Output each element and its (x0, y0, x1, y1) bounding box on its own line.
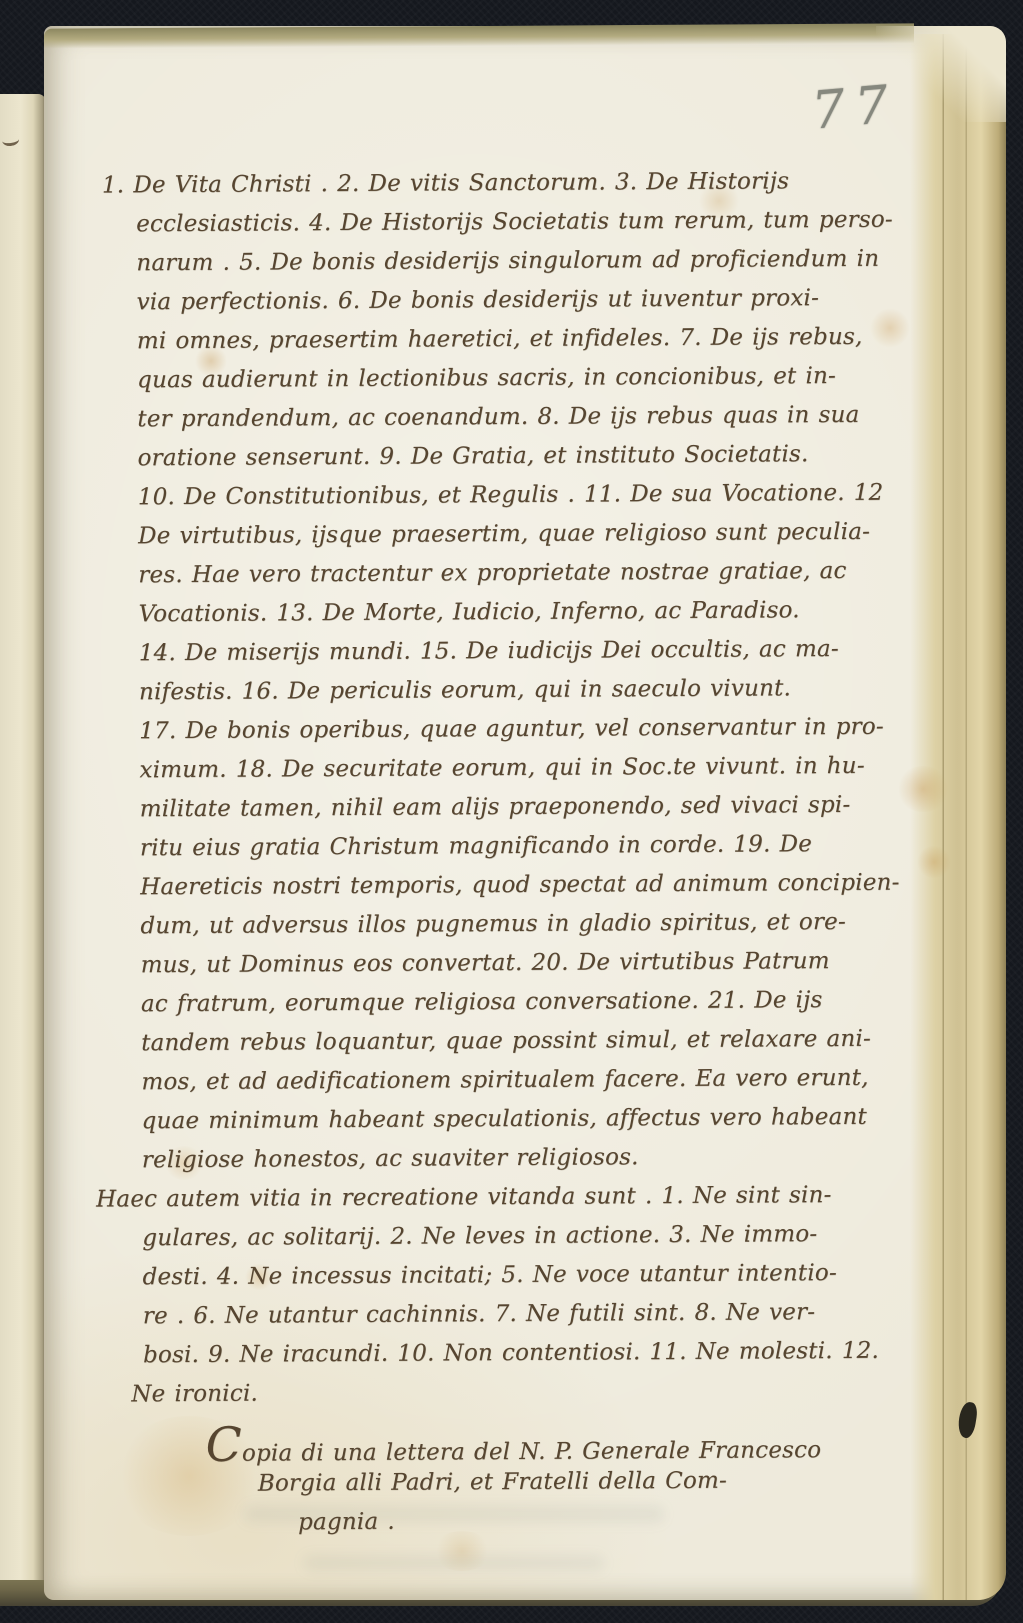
manuscript-line: 14. De miserijs mundi. 15. De iudicijs D… (139, 630, 883, 674)
photographed-manuscript: 77 1. De Vita Christi . 2. De vitis Sanc… (0, 0, 1023, 1623)
manuscript-line: re . 6. Ne utantur cachinnis. 7. Ne futi… (143, 1293, 887, 1337)
page-fore-edge (910, 34, 1006, 1600)
manuscript-line: ximum. 18. De securitate eorum, qui in S… (139, 747, 883, 791)
manuscript-line: ac fratrum, eorumque religiosa conversat… (141, 981, 885, 1025)
manuscript-line: mus, ut Dominus eos convertat. 20. De vi… (141, 942, 885, 986)
manuscript-line: gulares, ac solitarij. 2. Ne leves in ac… (142, 1215, 886, 1259)
manuscript-line: Haereticis nostri temporis, quod spectat… (140, 864, 884, 908)
manuscript-line: Vocationis. 13. De Morte, Iudicio, Infer… (138, 591, 882, 635)
manuscript-line: tandem rebus loquantur, quae possint sim… (141, 1020, 885, 1064)
manuscript-line: desti. 4. Ne incessus incitati; 5. Ne vo… (142, 1254, 886, 1298)
manuscript-line: De virtutibus, ijsque praesertim, quae r… (138, 513, 882, 557)
page-top-edge (44, 23, 914, 48)
manuscript-line: 10. De Constitutionibus, et Regulis . 11… (138, 474, 882, 518)
manuscript-line: res. Hae vero tractentur ex proprietate … (138, 552, 882, 596)
letter-heading-line: Copia di una lettera del N. P. Generale … (205, 1422, 887, 1465)
manuscript-line: bosi. 9. Ne iracundi. 10. Non contentios… (143, 1332, 887, 1376)
manuscript-line: narum . 5. De bonis desiderijs singuloru… (136, 240, 880, 284)
manuscript-page: 77 1. De Vita Christi . 2. De vitis Sanc… (44, 26, 1006, 1600)
manuscript-line: quas audierunt in lectionibus sacris, in… (137, 357, 881, 401)
manuscript-line: Haec autem vitia in recreatione vitanda … (96, 1176, 886, 1220)
manuscript-line: 1. De Vita Christi . 2. De vitis Sanctor… (102, 162, 880, 206)
manuscript-line: Ne ironici. (131, 1371, 887, 1415)
manuscript-line: dum, ut adversus illos pugnemus in gladi… (140, 903, 884, 947)
manuscript-line: ecclesiasticis. 4. De Historijs Societat… (136, 201, 880, 245)
manuscript-line: nifestis. 16. De periculis eorum, qui in… (139, 669, 883, 713)
manuscript-line: quae minimum habeant speculationis, affe… (142, 1098, 886, 1142)
manuscript-line: militate tamen, nihil eam alijs praepone… (140, 786, 884, 830)
manuscript-line: ritu eius gratia Christum magnificando i… (140, 825, 884, 869)
manuscript-line: via perfectionis. 6. De bonis desiderijs… (137, 279, 881, 323)
manuscript-line: mi omnes, praesertim haeretici, et infid… (137, 318, 881, 362)
manuscript-line: ter prandendum, ac coenandum. 8. De ijs … (137, 396, 881, 440)
manuscript-line: religiose honestos, ac suaviter religios… (142, 1137, 886, 1181)
facing-page-gutter-edge (0, 94, 46, 1580)
manuscript-line: oratione senserunt. 9. De Gratia, et ins… (137, 435, 881, 479)
folio-number: 77 (810, 74, 901, 141)
letter-heading-line: Borgia alli Padri, et Fratelli della Com… (258, 1461, 888, 1504)
manuscript-lines: 1. De Vita Christi . 2. De vitis Sanctor… (136, 162, 888, 1544)
letter-heading-line: pagnia . (298, 1500, 888, 1543)
manuscript-line: mos, et ad aedificationem spiritualem fa… (141, 1059, 885, 1103)
manuscript-line: 17. De bonis operibus, quae aguntur, vel… (139, 708, 883, 752)
verso-show-through (304, 1556, 604, 1570)
